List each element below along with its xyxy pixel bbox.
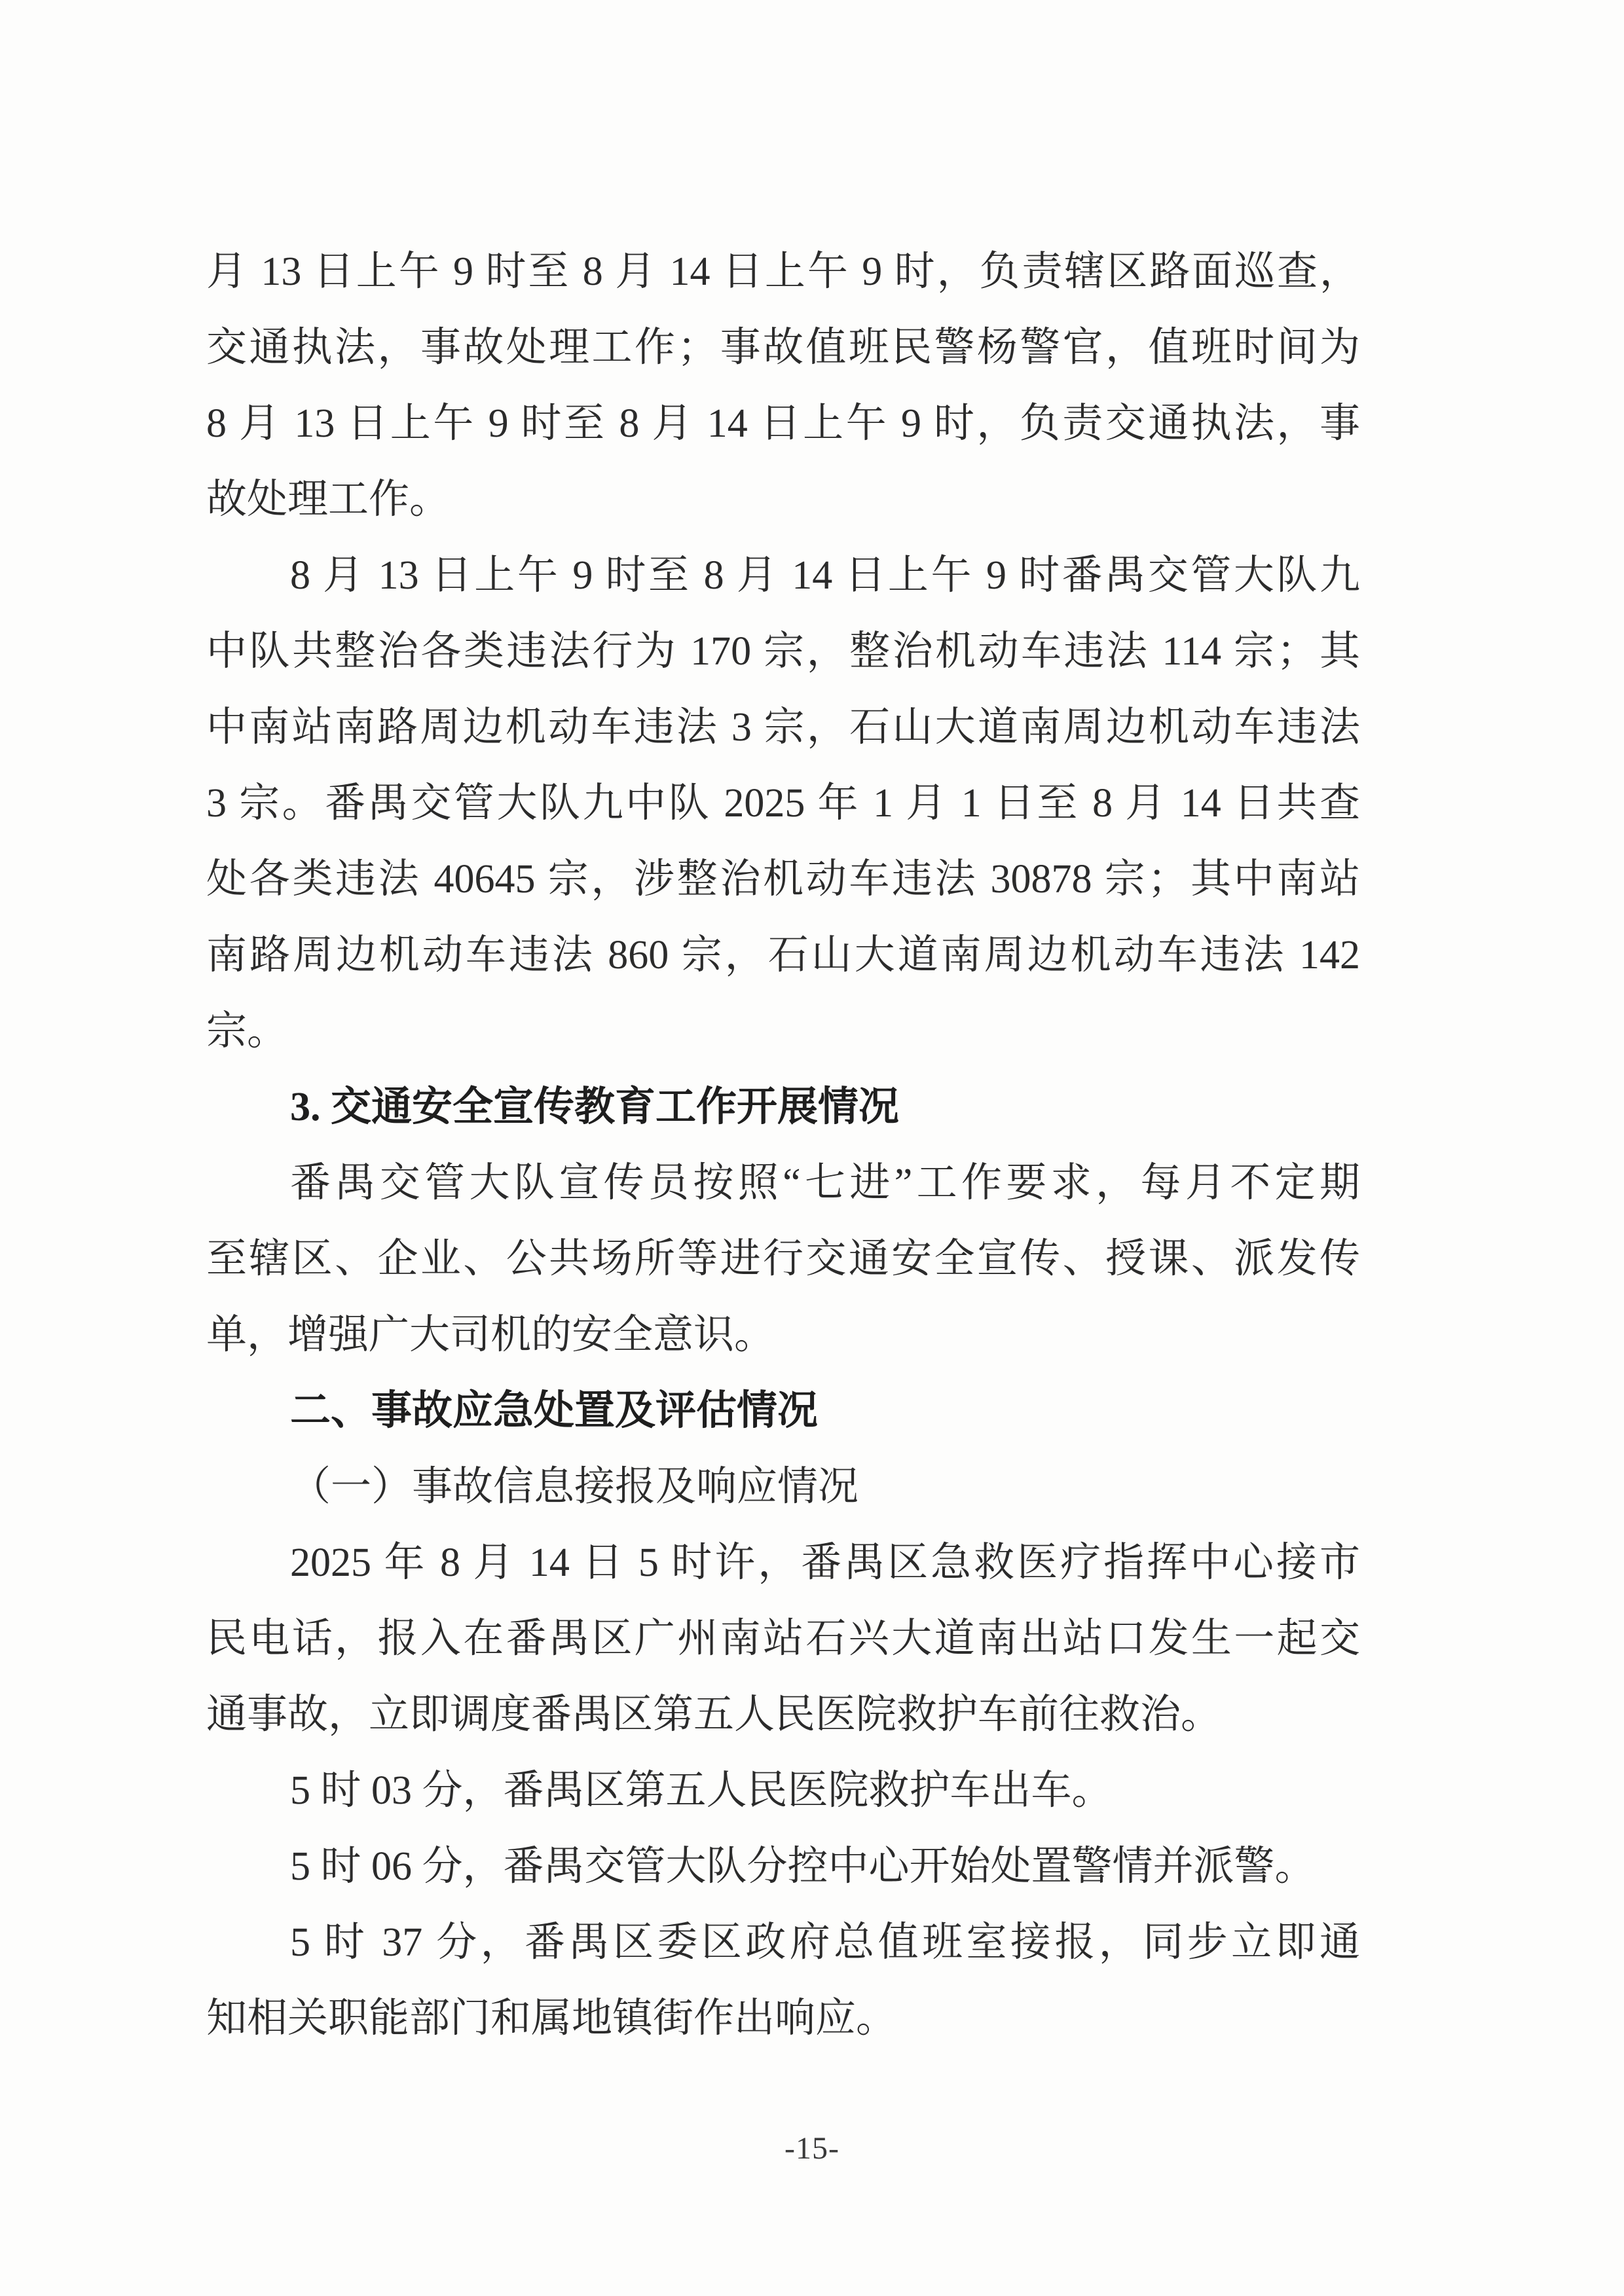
text-line: 3. 交通安全宣传教育工作开展情况 bbox=[206, 1069, 1360, 1145]
document-page: 月 13 日上午 9 时至 8 月 14 日上午 9 时，负责辖区路面巡查，交通… bbox=[0, 0, 1624, 2296]
paragraph: 8 月 13 日上午 9 时至 8 月 14 日上午 9 时番禺交管大队九中队共… bbox=[206, 538, 1360, 1069]
text-line: 8 月 13 日上午 9 时至 8 月 14 日上午 9 时，负责交通执法，事 bbox=[206, 386, 1360, 462]
text-line: 3 宗。番禺交管大队九中队 2025 年 1 月 1 日至 8 月 14 日共查 bbox=[206, 765, 1360, 841]
paragraph: 2025 年 8 月 14 日 5 时许，番禺区急救医疗指挥中心接市民电话，报入… bbox=[206, 1525, 1360, 1753]
text-line: 至辖区、企业、公共场所等进行交通安全宣传、授课、派发传 bbox=[206, 1221, 1360, 1297]
text-line: 二、事故应急处置及评估情况 bbox=[206, 1373, 1360, 1449]
paragraph: 番禺交管大队宣传员按照“七进”工作要求，每月不定期至辖区、企业、公共场所等进行交… bbox=[206, 1145, 1360, 1373]
text-line: 5 时 03 分，番禺区第五人民医院救护车出车。 bbox=[206, 1753, 1360, 1829]
heading: 3. 交通安全宣传教育工作开展情况 bbox=[206, 1069, 1360, 1145]
text-line: 中南站南路周边机动车违法 3 宗，石山大道南周边机动车违法 bbox=[206, 689, 1360, 765]
text-line: 民电话，报入在番禺区广州南站石兴大道南出站口发生一起交 bbox=[206, 1601, 1360, 1677]
text-line: 5 时 37 分，番禺区委区政府总值班室接报，同步立即通 bbox=[206, 1904, 1360, 1980]
text-line: 5 时 06 分，番禺交管大队分控中心开始处置警情并派警。 bbox=[206, 1829, 1360, 1904]
text-line: 故处理工作。 bbox=[206, 462, 1360, 538]
paragraph: 5 时 37 分，番禺区委区政府总值班室接报，同步立即通知相关职能部门和属地镇街… bbox=[206, 1904, 1360, 2056]
text-line: 8 月 13 日上午 9 时至 8 月 14 日上午 9 时番禺交管大队九 bbox=[206, 538, 1360, 613]
text-line: 交通执法，事故处理工作；事故值班民警杨警官，值班时间为 bbox=[206, 310, 1360, 386]
paragraph: 月 13 日上午 9 时至 8 月 14 日上午 9 时，负责辖区路面巡查，交通… bbox=[206, 234, 1360, 538]
page-number: -15- bbox=[784, 2131, 840, 2166]
text-line: （一）事故信息接报及响应情况 bbox=[206, 1449, 1360, 1525]
text-line: 单，增强广大司机的安全意识。 bbox=[206, 1297, 1360, 1373]
document-body: 月 13 日上午 9 时至 8 月 14 日上午 9 时，负责辖区路面巡查，交通… bbox=[206, 234, 1360, 2056]
text-line: 2025 年 8 月 14 日 5 时许，番禺区急救医疗指挥中心接市 bbox=[206, 1525, 1360, 1601]
page-footer: -15- bbox=[0, 2129, 1624, 2168]
heading: （一）事故信息接报及响应情况 bbox=[206, 1449, 1360, 1525]
text-line: 番禺交管大队宣传员按照“七进”工作要求，每月不定期 bbox=[206, 1145, 1360, 1221]
text-line: 中队共整治各类违法行为 170 宗，整治机动车违法 114 宗；其 bbox=[206, 613, 1360, 689]
paragraph: 5 时 06 分，番禺交管大队分控中心开始处置警情并派警。 bbox=[206, 1829, 1360, 1904]
text-line: 处各类违法 40645 宗，涉整治机动车违法 30878 宗；其中南站 bbox=[206, 841, 1360, 917]
text-line: 宗。 bbox=[206, 993, 1360, 1069]
text-line: 知相关职能部门和属地镇街作出响应。 bbox=[206, 1980, 1360, 2056]
text-line: 通事故，立即调度番禺区第五人民医院救护车前往救治。 bbox=[206, 1677, 1360, 1753]
text-line: 月 13 日上午 9 时至 8 月 14 日上午 9 时，负责辖区路面巡查， bbox=[206, 234, 1360, 310]
paragraph: 5 时 03 分，番禺区第五人民医院救护车出车。 bbox=[206, 1753, 1360, 1829]
heading: 二、事故应急处置及评估情况 bbox=[206, 1373, 1360, 1449]
text-line: 南路周边机动车违法 860 宗，石山大道南周边机动车违法 142 bbox=[206, 917, 1360, 993]
